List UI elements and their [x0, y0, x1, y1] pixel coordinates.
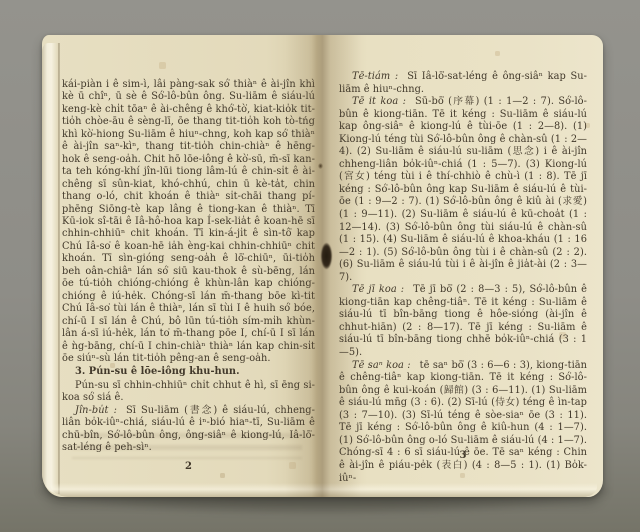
song-1-paragraph: Tē it koa :Sū-bō͘ (序幕) (1 : 1—2 : 7). Só… — [339, 96, 587, 284]
binding-hole — [321, 243, 332, 269]
song-3-label: Tē saⁿ koa : — [352, 360, 420, 371]
song-3-text: tē saⁿ bō͘ (3 : 6—6 : 3), kiong-tiān ê c… — [339, 360, 587, 484]
paper-stains — [42, 35, 43, 36]
song-1-text: Sū-bō͘ (序幕) (1 : 1—2 : 7). Só͘-lô-bûn ê … — [339, 96, 587, 283]
left-page-text: kái-piàn i ê sim-ì, lâi pàng-sak só͘ thi… — [62, 79, 315, 455]
place-label: Tē-tiám : — [352, 71, 407, 82]
page-number-right: 3 — [339, 450, 587, 461]
place-paragraph: Tē-tiám :Sī Iâ-lō͘-sat-léng ê ông-siâⁿ k… — [339, 71, 587, 96]
song-1-label: Tē it koa : — [352, 96, 415, 107]
song-2-text: Tē jī bō͘ (2 : 8—3 : 5), Só͘-lô-bûn ê ki… — [339, 284, 587, 358]
binding-speck — [318, 163, 323, 169]
open-book: kái-piàn i ê sim-ì, lâi pàng-sak só͘ thi… — [42, 35, 603, 497]
intro-paragraph: Pún-su sī chhin-chhiūⁿ chi̍t chhut ê hì,… — [62, 380, 315, 405]
right-page-text: Tē-tiám :Sī Iâ-lō͘-sat-léng ê ông-siâⁿ k… — [339, 71, 587, 485]
cast-label: Jîn-bu̍t : — [75, 405, 126, 416]
continuation-paragraph: kái-piàn i ê sim-ì, lâi pàng-sak só͘ thi… — [62, 79, 315, 365]
page-edge-stack — [42, 43, 59, 494]
page-number-left: 2 — [62, 461, 315, 472]
page-bottom-edge — [50, 483, 597, 497]
song-2-label: Tē jī koa : — [352, 284, 413, 295]
cast-paragraph: Jîn-bu̍t :Sī Su-liām (書念) ê siáu-lú, chh… — [62, 405, 315, 455]
photo-background: kái-piàn i ê sim-ì, lâi pàng-sak só͘ thi… — [0, 0, 640, 532]
song-2-paragraph: Tē jī koa :Tē jī bō͘ (2 : 8—3 : 5), Só͘-… — [339, 284, 587, 359]
song-3-paragraph: Tē saⁿ koa :tē saⁿ bō͘ (3 : 6—6 : 3), ki… — [339, 360, 587, 485]
section-heading: 3. Pún-su ê lōe-iông khu-hun. — [62, 366, 315, 378]
